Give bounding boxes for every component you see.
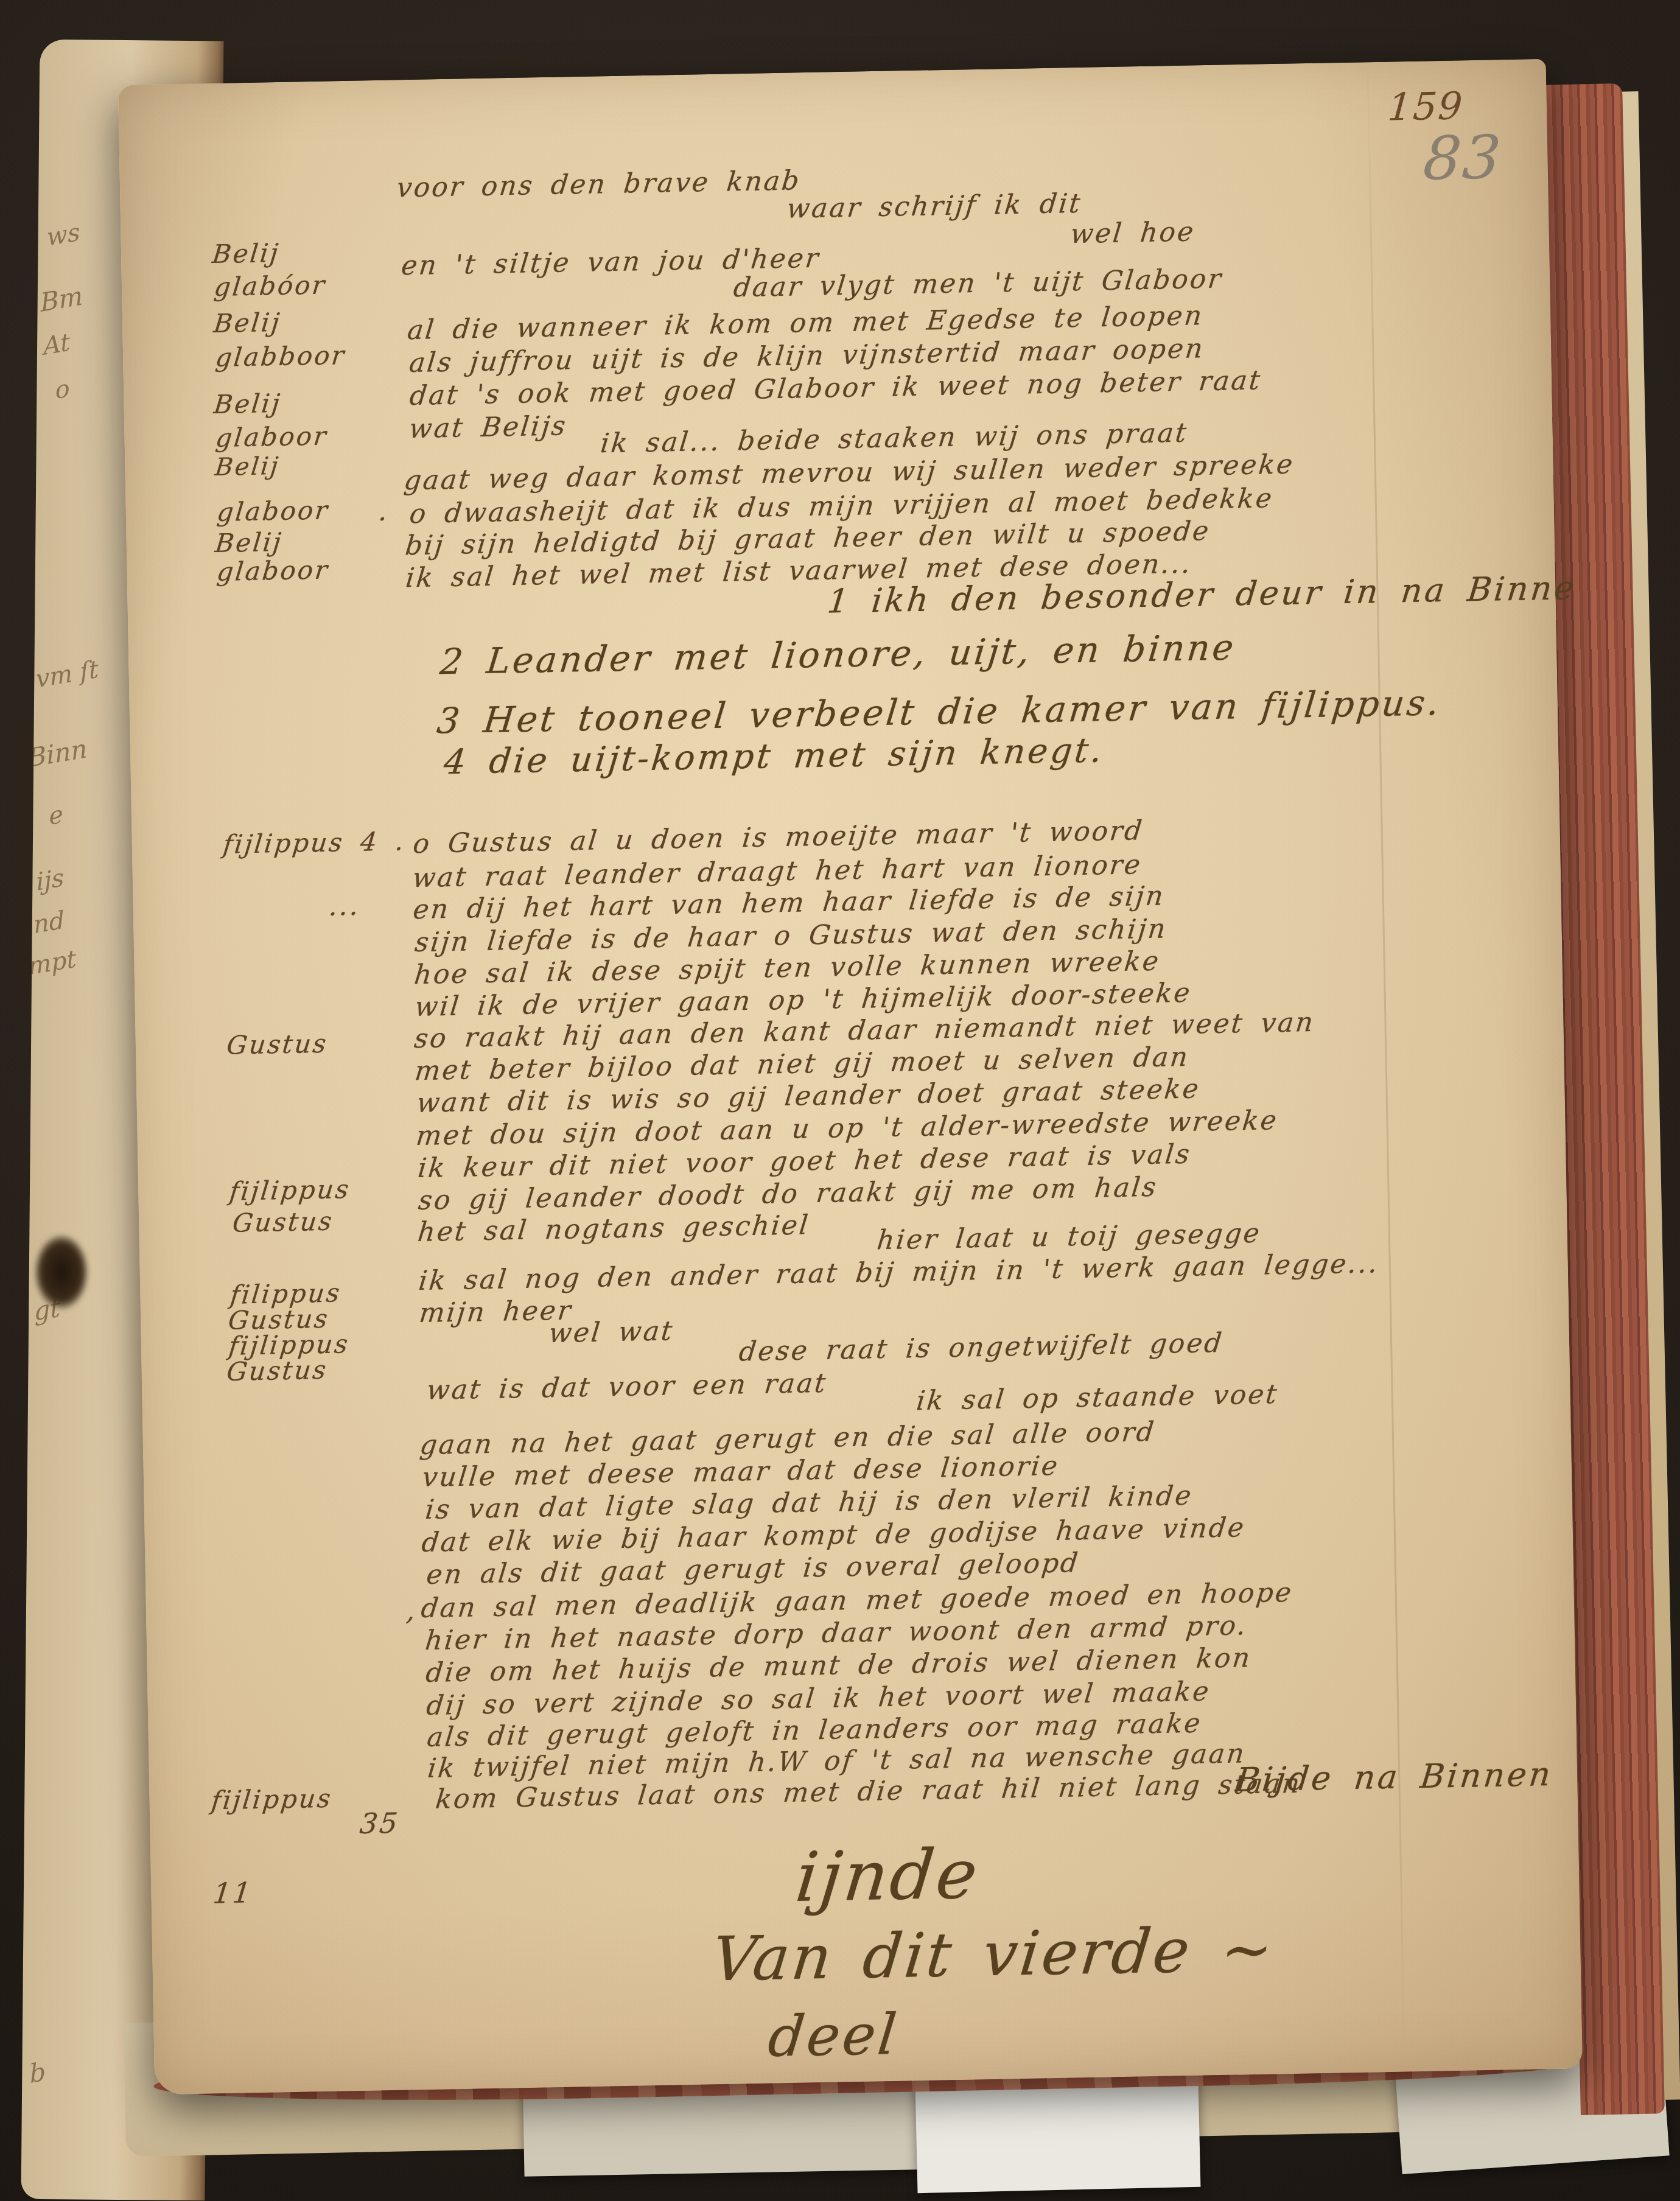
edge-text-fragment: mpt [27,945,77,981]
marginal-mark: , [405,1595,418,1626]
marginal-mark: ... [327,891,362,922]
header-line: wel hoe [1069,216,1197,250]
header-line: waar schrijf ik dit [785,188,1083,225]
marginal-mark: · [376,504,390,535]
ink-smudge [35,1236,88,1309]
folio-number-ink: 159 [1386,83,1465,129]
edge-text-fragment: b [29,2057,47,2090]
header-line: voor ons den brave knab [395,165,802,203]
colophon-line: ijnde [792,1835,983,1917]
edge-text-fragment: Binn [27,733,88,773]
edge-text-fragment: Bm [40,281,84,318]
monologue-line: ik sal op staande voet [915,1379,1280,1416]
edge-text-fragment: o [54,374,71,405]
edge-text-fragment: e [48,800,64,831]
speaker-label: glabboor [214,340,348,373]
monologue-line: wat is dat voor een raat [425,1368,829,1406]
speaker-label: Belij [212,388,283,419]
edge-text-fragment: ijs [35,864,65,897]
speaker-label: glaboor [215,495,331,527]
speaker-label: fijlippus [228,1174,352,1206]
signature-mark: 11 [212,1876,254,1909]
edge-text-fragment: nd [33,906,65,940]
speaker-label: glaboor [214,421,329,453]
colophon-line: deel [765,2002,901,2070]
speaker-label: glaboor [215,555,331,587]
speaker-label: Gustus [225,1029,329,1060]
colophon-line: Van dit vierde ~ [709,1913,1278,1995]
manuscript-photo: wsBmAtovm ſtBinneijsndmptgtb 15983voor o… [0,0,1680,2201]
speaker-label: Belij [211,238,281,269]
monologue-line: dese raat is ongetwijfelt goed [738,1328,1225,1368]
speaker-label: Gustus [225,1355,329,1387]
monologue-line: het sal nogtans geschiel [416,1209,811,1248]
speaker-label: fijlippus [210,1783,334,1816]
manuscript-page: 15983voor ons den brave knabwaar schrijf… [118,59,1583,2094]
edge-text-fragment: ws [46,218,81,251]
speaker-label: Gustus [231,1206,335,1238]
edge-text-fragment: At [43,328,71,360]
exit-direction: Bijde na Binnen [1234,1755,1555,1799]
dialogue-line: wat Belijs [408,410,569,444]
speaker-label: glabóor [212,270,327,302]
edge-text-fragment: vm ſt [35,656,100,694]
speaker-label: fijlippus 4 . . [222,825,433,859]
speaker-label: 35 [359,1807,401,1840]
monologue-line: wel wat [547,1315,676,1349]
folio-number-pencil: 83 [1421,123,1505,194]
stage-direction: 3 Het tooneel verbeelt die kamer van fij… [435,682,1444,741]
page-text-layer: 15983voor ons den brave knabwaar schrijf… [118,59,1583,2094]
speaker-label: Belij [212,307,283,338]
stage-direction: 2 Leander met lionore, uijt, en binne [438,626,1238,682]
monologue-line: hier laat u toij gesegge [875,1218,1262,1256]
speaker-label: Belij [214,527,284,558]
speaker-label: Belij [214,452,281,481]
